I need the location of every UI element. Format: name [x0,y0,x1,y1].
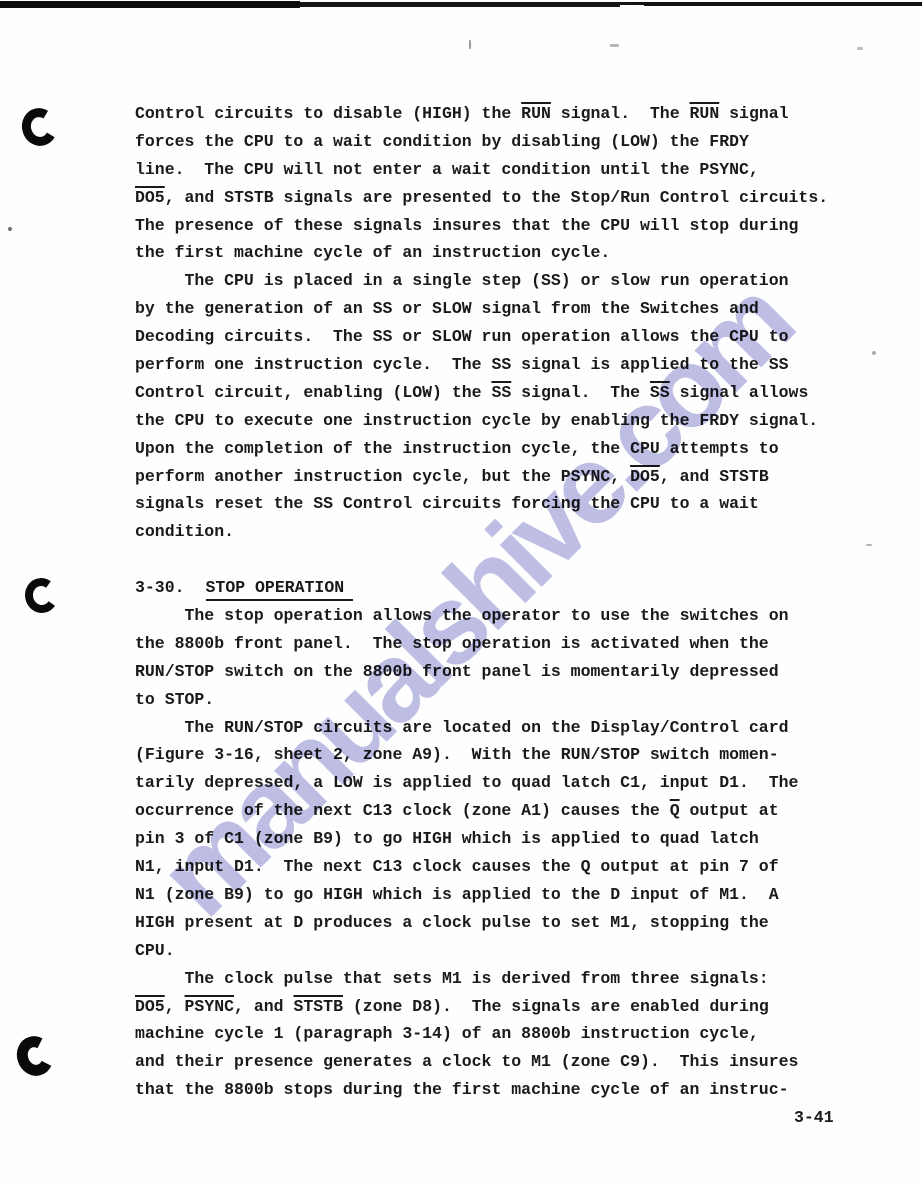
overlined-signal: RUN [521,104,551,123]
text-line: Upon the completion of the instruction c… [135,435,855,463]
text-line: that the 8800b stops during the first ma… [135,1076,855,1104]
overlined-signal: PSYNC [185,997,235,1016]
text-line: line. The CPU will not enter a wait cond… [135,156,855,184]
scan-artifact-top-bar-thick [0,1,300,8]
text-line: RUN/STOP switch on the 8800b front panel… [135,658,855,686]
text-line: N1, input D1. The next C13 clock causes … [135,853,855,881]
section-heading: 3-30.STOP OPERATION [135,574,855,602]
text-line: the first machine cycle of an instructio… [135,239,855,267]
scan-speck [866,544,872,546]
text-line: perform one instruction cycle. The SS si… [135,351,855,379]
binder-ring-mark [12,1031,59,1080]
text-line: machine cycle 1 (paragraph 3-14) of an 8… [135,1020,855,1048]
binder-ring-mark [18,104,61,149]
overlined-signal: DO5 [630,467,660,486]
overlined-signal: DO5 [135,188,165,207]
text-line: N1 (zone B9) to go HIGH which is applied… [135,881,855,909]
overlined-signal: STSTB [293,997,343,1016]
overlined-signal: DO5 [135,997,165,1016]
scan-speck [469,40,471,49]
text-line: forces the CPU to a wait condition by di… [135,128,855,156]
text-line: The clock pulse that sets M1 is derived … [135,965,855,993]
text-line: to STOP. [135,686,855,714]
text-line: The presence of these signals insures th… [135,212,855,240]
text-line: The RUN/STOP circuits are located on the… [135,714,855,742]
text-line: and their presence generates a clock to … [135,1048,855,1076]
text-line: The CPU is placed in a single step (SS) … [135,267,855,295]
text-line: pin 3 of C1 (zone B9) to go HIGH which i… [135,825,855,853]
scan-artifact-top-bar-mid [300,2,630,7]
scan-speck [610,44,619,47]
section-number: 3-30. [135,578,185,597]
text-line: Decoding circuits. The SS or SLOW run op… [135,323,855,351]
scan-artifact-top-bar-gap [620,5,644,9]
page-number: 3-41 [794,1108,834,1127]
text-line: occurrence of the next C13 clock (zone A… [135,797,855,825]
scan-speck [872,351,876,355]
text-line: HIGH present at D produces a clock pulse… [135,909,855,937]
binder-ring-mark [22,575,61,615]
text-line: (Figure 3-16, sheet 2, zone A9). With th… [135,741,855,769]
text-line: perform another instruction cycle, but t… [135,463,855,491]
text-line: tarily depressed, a LOW is applied to qu… [135,769,855,797]
overlined-signal: RUN [690,104,720,123]
overlined-signal: SS [650,383,670,402]
text-line: DO5, and STSTB signals are presented to … [135,184,855,212]
text-line: condition. [135,518,855,546]
scanned-manual-page: { "page": { "number_label": "3-41", "wat… [0,0,922,1188]
text-line: the 8800b front panel. The stop operatio… [135,630,855,658]
overlined-signal: Q [670,801,680,820]
scan-speck [8,227,12,231]
text-line: DO5, PSYNC, and STSTB (zone D8). The sig… [135,993,855,1021]
overlined-signal: SS [491,383,511,402]
text-line: signals reset the SS Control circuits fo… [135,490,855,518]
text-line: The stop operation allows the operator t… [135,602,855,630]
scan-speck [857,47,863,50]
section-title: STOP OPERATION [206,578,354,601]
document-body: Control circuits to disable (HIGH) the R… [135,100,855,1104]
text-line: CPU. [135,937,855,965]
text-line: Control circuits to disable (HIGH) the R… [135,100,855,128]
text-line: Control circuit, enabling (LOW) the SS s… [135,379,855,407]
text-line: by the generation of an SS or SLOW signa… [135,295,855,323]
text-line: the CPU to execute one instruction cycle… [135,407,855,435]
